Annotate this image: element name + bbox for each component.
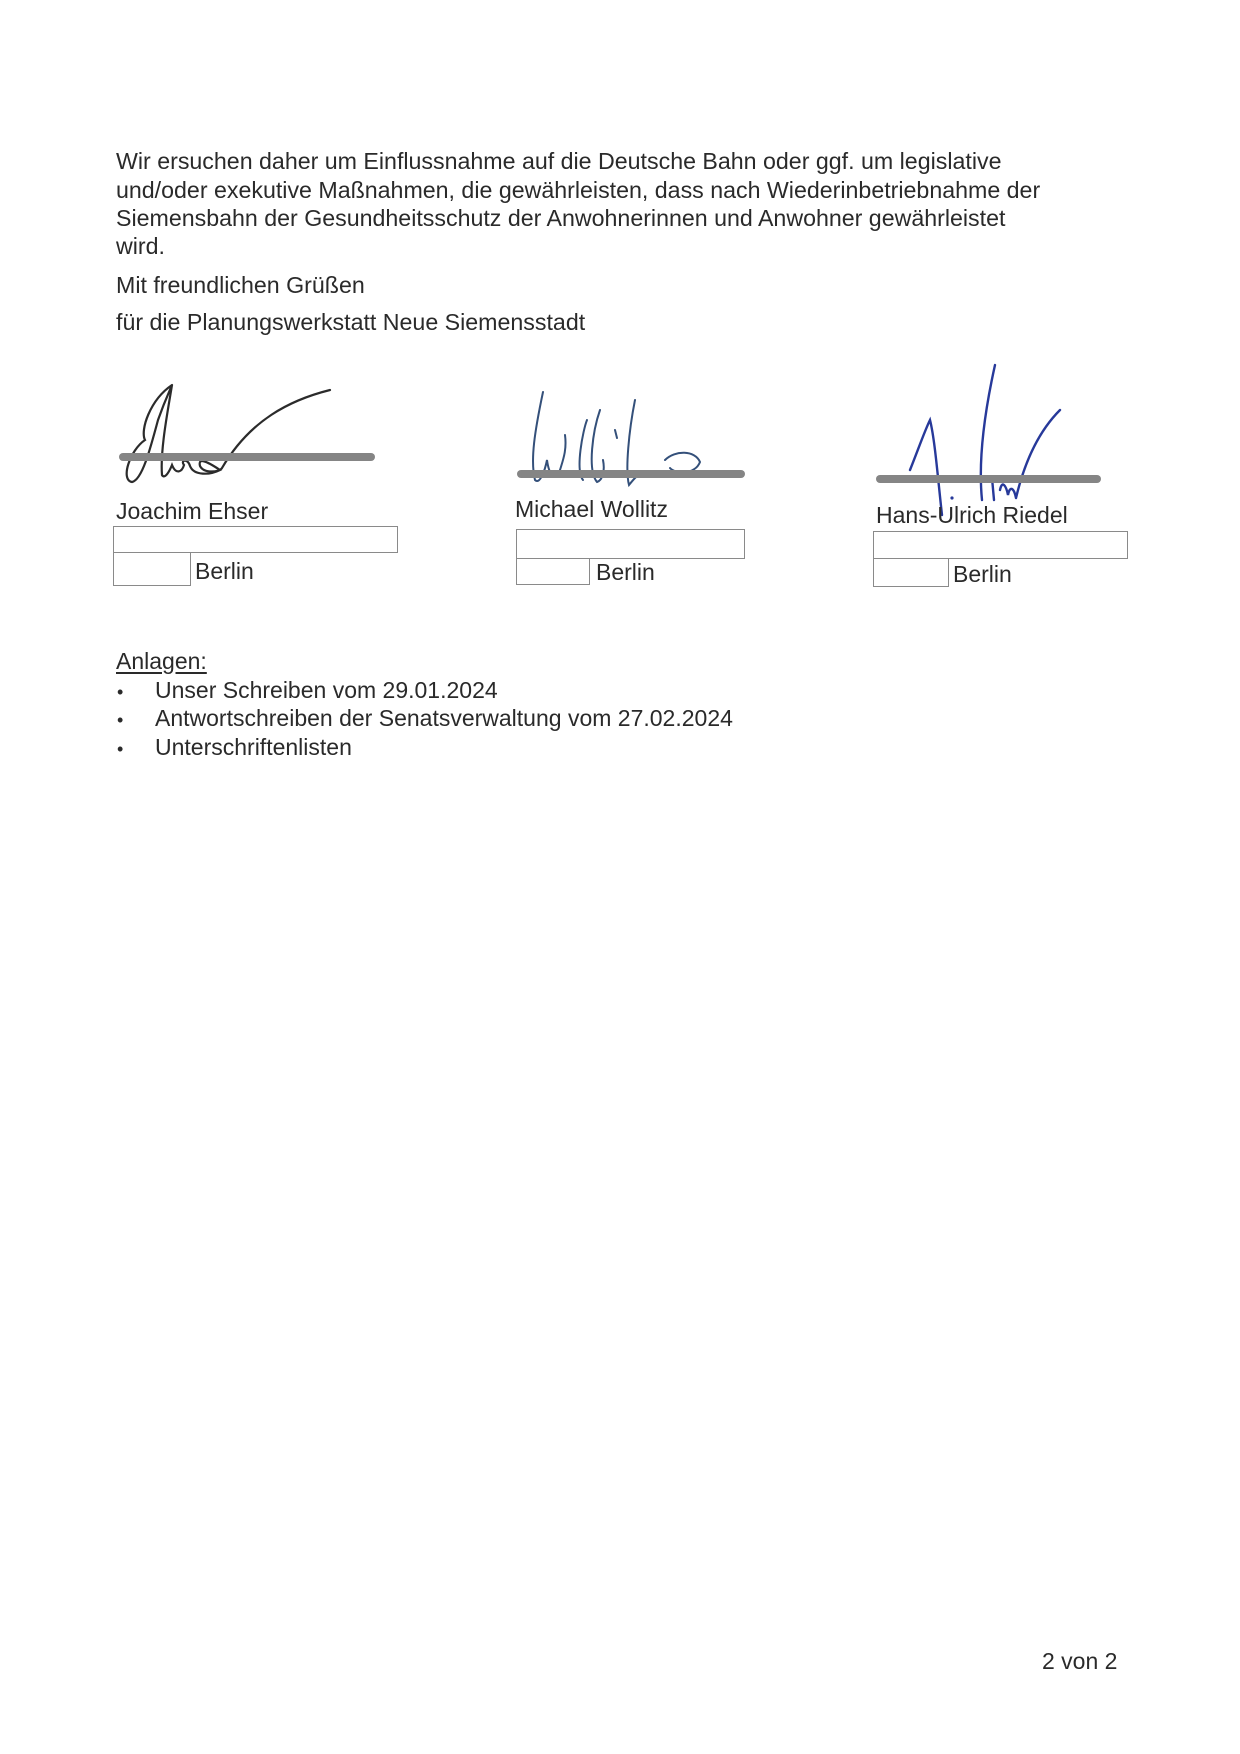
body-line: und/oder exekutive Maßnahmen, die gewähr… (116, 176, 1040, 204)
signatory-name: Hans-Ulrich Riedel (876, 502, 1068, 528)
redacted-field (113, 526, 398, 553)
attachment-item: • (117, 705, 123, 733)
body-line: Wir ersuchen daher um Einflussnahme auf … (116, 147, 1001, 175)
attachment-item: • (117, 734, 123, 762)
body-line: wird. (116, 232, 165, 260)
signatory-city: Berlin (953, 561, 1012, 587)
signatory-city: Berlin (596, 559, 655, 585)
redacted-field (113, 552, 191, 586)
signatory-city: Berlin (195, 558, 254, 584)
closing-greeting: Mit freundlichen Grüßen (116, 271, 365, 299)
bullet-icon: • (117, 739, 123, 759)
redacted-field (516, 558, 590, 585)
bullet-icon: • (117, 710, 123, 730)
signatory-name: Joachim Ehser (116, 498, 268, 524)
attachment-item-label: Unterschriftenlisten (155, 734, 352, 760)
page-number: 2 von 2 (1042, 1648, 1117, 1675)
attachment-item-label: Unser Schreiben vom 29.01.2024 (155, 677, 498, 703)
signature-line (876, 475, 1101, 483)
handwritten-signature (900, 360, 1070, 520)
redacted-field (873, 531, 1128, 559)
handwritten-signature (110, 380, 350, 490)
bullet-icon: • (117, 682, 123, 702)
redacted-field (873, 558, 949, 587)
signatory-name: Michael Wollitz (515, 496, 668, 522)
redacted-field (516, 529, 745, 559)
attachment-item-label: Antwortschreiben der Senatsverwaltung vo… (155, 705, 733, 731)
attachment-item: • (117, 677, 123, 705)
attachments-heading: Anlagen: (116, 648, 207, 674)
signature-line (517, 470, 745, 478)
body-line: Siemensbahn der Gesundheitsschutz der An… (116, 204, 1005, 232)
signature-line (119, 453, 375, 461)
on-behalf-line: für die Planungswerkstatt Neue Siemensst… (116, 308, 585, 336)
